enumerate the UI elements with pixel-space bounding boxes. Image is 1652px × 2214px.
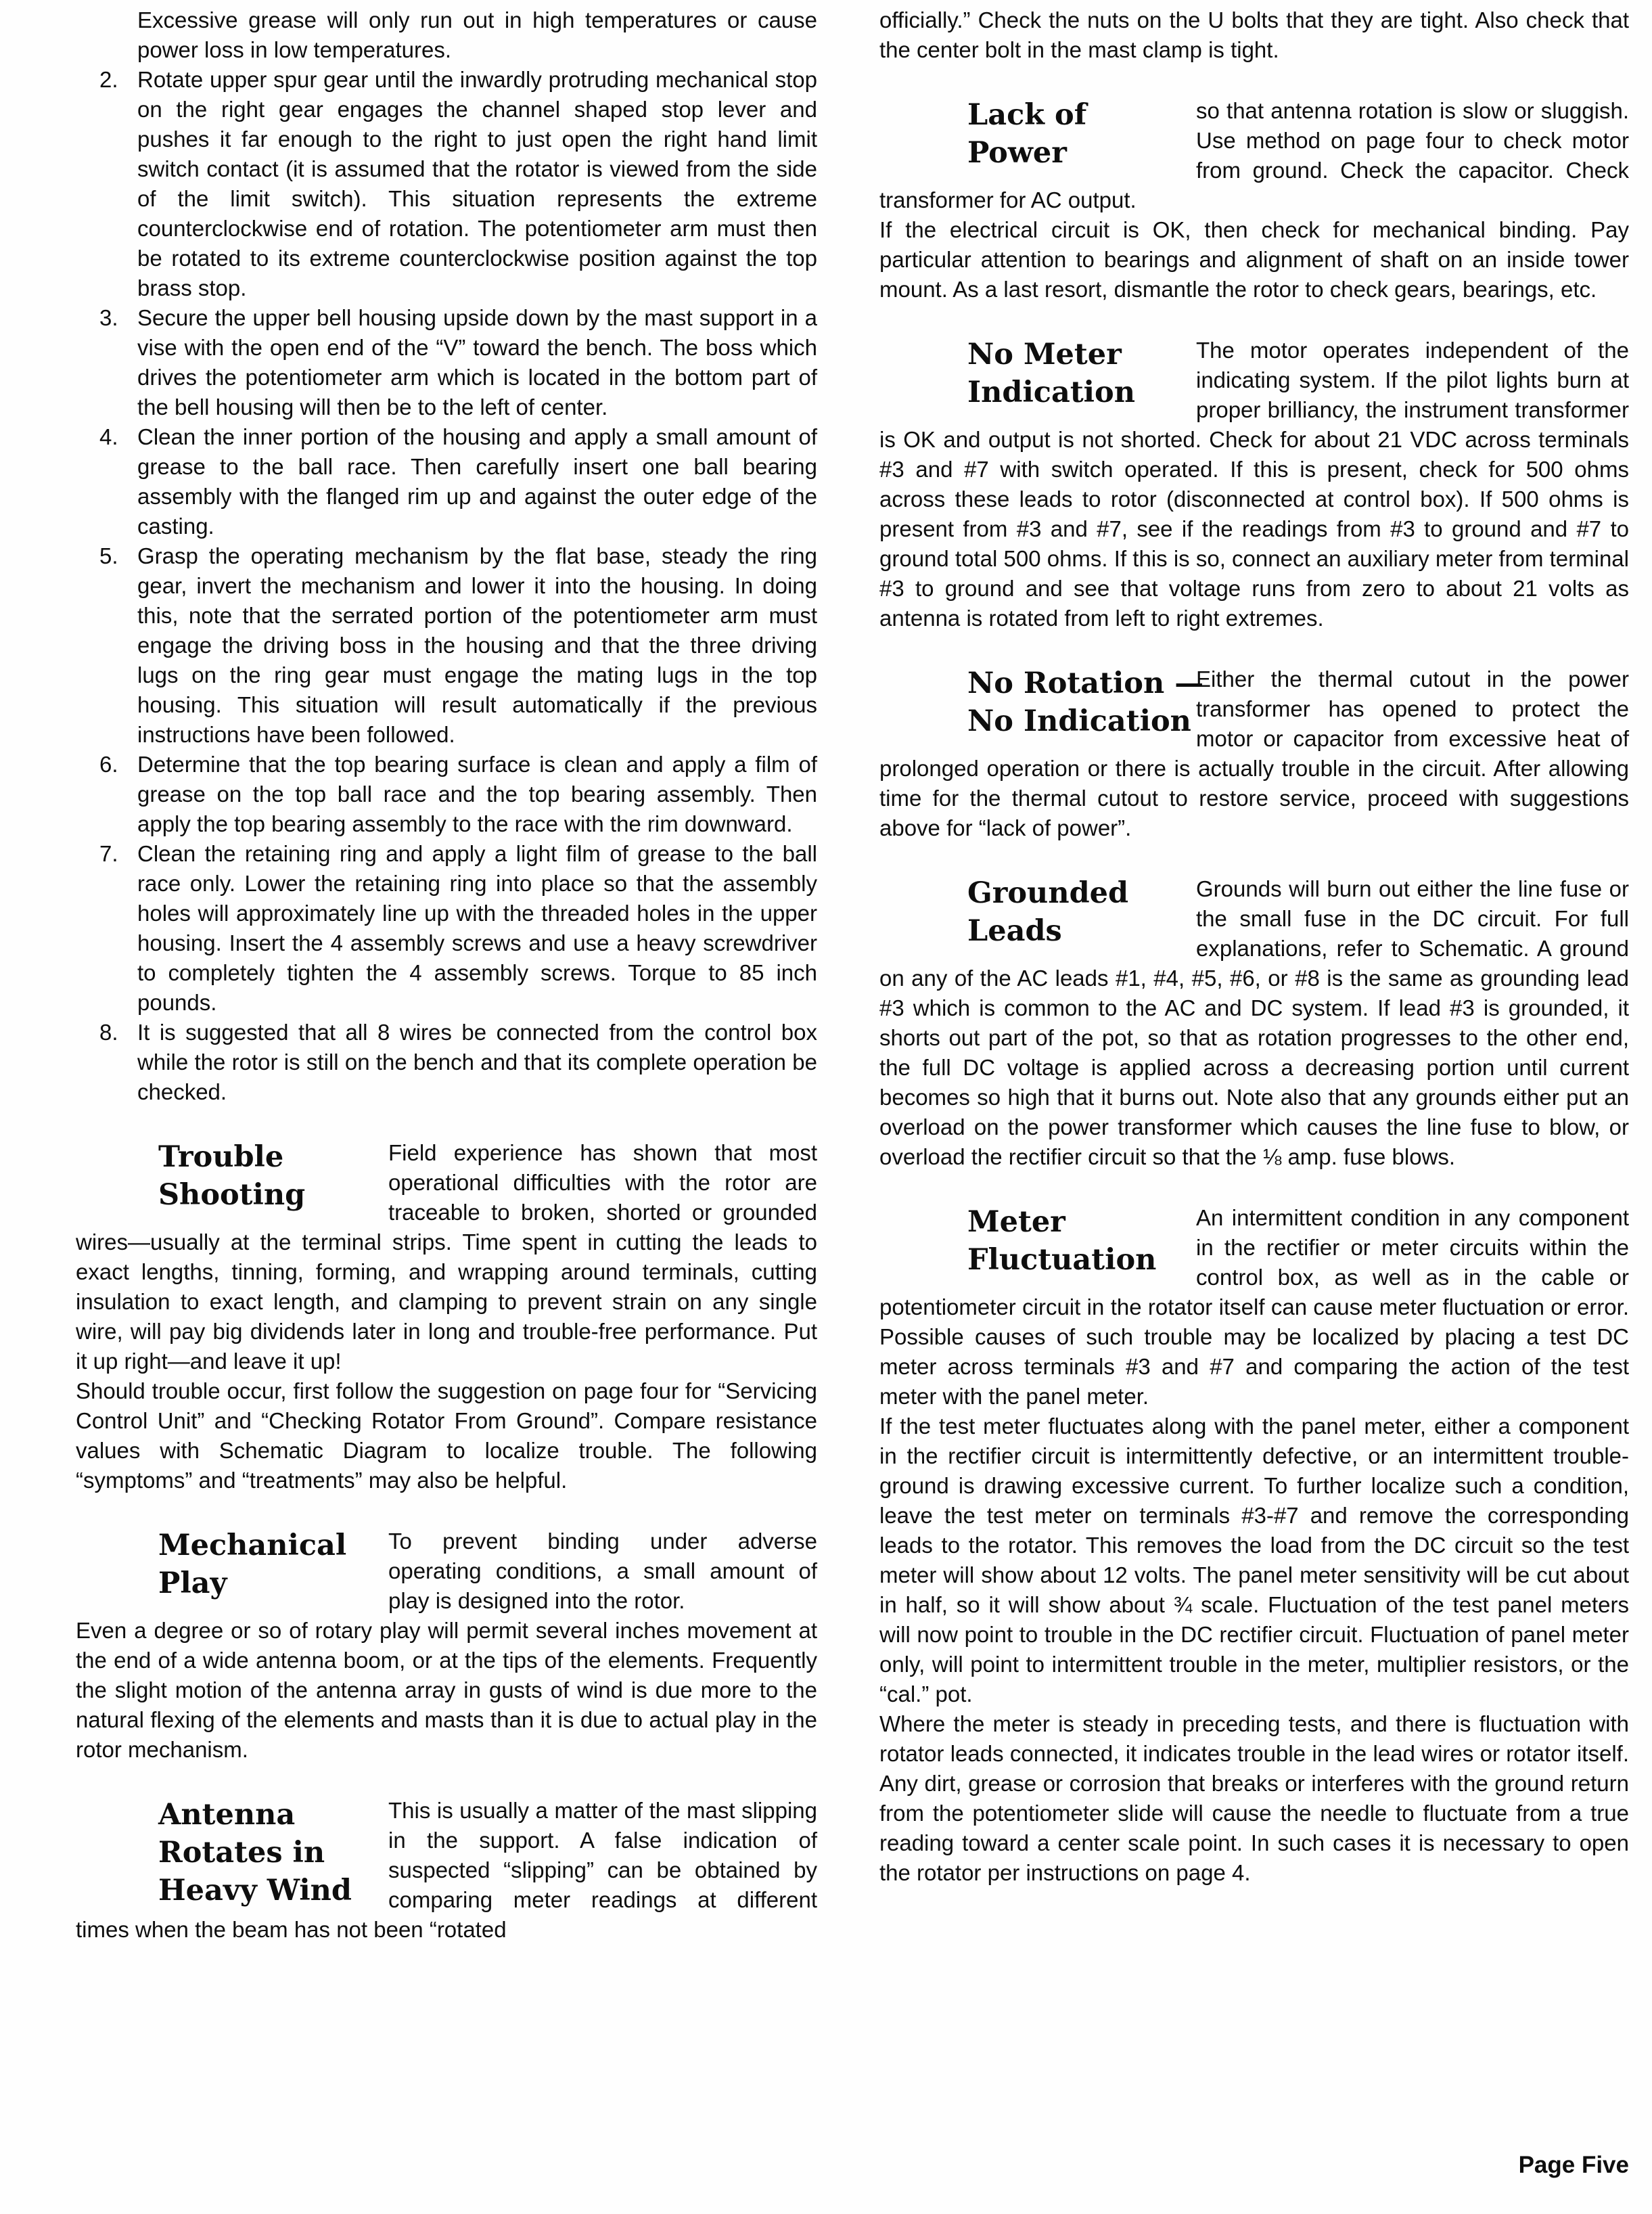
list-number: 5. bbox=[99, 541, 137, 750]
list-number: 4. bbox=[99, 422, 137, 541]
section-heading-trouble-shooting: Trouble Shooting bbox=[76, 1138, 388, 1219]
list-item-text: Rotate upper spur gear until the inwardl… bbox=[137, 65, 817, 303]
list-number: 7. bbox=[99, 839, 137, 1018]
heading-line: Indication bbox=[967, 374, 1196, 411]
section-lack-of-power: Lack of Power so that antenna rotation i… bbox=[879, 96, 1629, 304]
heading-line: Meter bbox=[967, 1203, 1196, 1241]
heading-line: Power bbox=[967, 134, 1196, 172]
list-item-text: It is suggested that all 8 wires be conn… bbox=[137, 1018, 817, 1107]
section-mechanical-play: Mechanical Play To prevent binding under… bbox=[76, 1527, 817, 1765]
heading-line: Antenna bbox=[158, 1796, 388, 1834]
heading-line: Fluctuation bbox=[967, 1241, 1196, 1279]
section-trouble-shooting: Trouble Shooting Field experience has sh… bbox=[76, 1138, 817, 1495]
section-heading-no-meter-indication: No Meter Indication bbox=[879, 336, 1196, 417]
list-number: 6. bbox=[99, 750, 137, 839]
paragraph-continuation: officially.” Check the nuts on the U bol… bbox=[879, 5, 1629, 65]
list-item-5: 5. Grasp the operating mechanism by the … bbox=[76, 541, 817, 750]
list-item-7: 7. Clean the retaining ring and apply a … bbox=[76, 839, 817, 1018]
section-heading-lack-of-power: Lack of Power bbox=[879, 96, 1196, 177]
heading-line: Lack of bbox=[967, 96, 1196, 134]
list-item-8: 8. It is suggested that all 8 wires be c… bbox=[76, 1018, 817, 1107]
list-item-6: 6. Determine that the top bearing surfac… bbox=[76, 750, 817, 839]
paragraph: Should trouble occur, first follow the s… bbox=[76, 1376, 817, 1495]
list-item-text: Clean the inner portion of the housing a… bbox=[137, 422, 817, 541]
document-page: Excessive grease will only run out in hi… bbox=[0, 0, 1652, 2214]
heading-line: No Rotation — bbox=[967, 664, 1196, 702]
heading-line: Mechanical bbox=[158, 1527, 388, 1564]
section-no-rotation-no-indication: No Rotation — No Indication Either the t… bbox=[879, 664, 1629, 843]
section-meter-fluctuation: Meter Fluctuation An intermittent condit… bbox=[879, 1203, 1629, 1888]
heading-line: Grounded bbox=[967, 874, 1196, 912]
section-no-meter-indication: No Meter Indication The motor operates i… bbox=[879, 336, 1629, 633]
list-item-text: Secure the upper bell housing upside dow… bbox=[137, 303, 817, 422]
section-grounded-leads: Grounded Leads Grounds will burn out eit… bbox=[879, 874, 1629, 1172]
right-column: officially.” Check the nuts on the U bol… bbox=[879, 5, 1629, 1888]
list-item-3: 3. Secure the upper bell housing upside … bbox=[76, 303, 817, 422]
heading-line: Shooting bbox=[158, 1176, 388, 1214]
paragraph: Where the meter is steady in preceding t… bbox=[879, 1709, 1629, 1888]
section-antenna-rotates-in-heavy-wind: Antenna Rotates in Heavy Wind This is us… bbox=[76, 1796, 817, 1945]
paragraph: If the test meter fluctuates along with … bbox=[879, 1411, 1629, 1709]
heading-line: Trouble bbox=[158, 1138, 388, 1176]
section-heading-meter-fluctuation: Meter Fluctuation bbox=[879, 1203, 1196, 1284]
list-item-text: Grasp the operating mechanism by the fla… bbox=[137, 541, 817, 750]
left-column: Excessive grease will only run out in hi… bbox=[76, 5, 817, 1945]
heading-line: No Meter bbox=[967, 336, 1196, 374]
paragraph: Even a degree or so of rotary play will … bbox=[76, 1616, 817, 1765]
heading-line: Play bbox=[158, 1564, 388, 1602]
page-number: Page Five bbox=[1519, 2152, 1629, 2179]
list-number: 2. bbox=[99, 65, 137, 303]
list-number: 3. bbox=[99, 303, 137, 422]
paragraph-continuation: Excessive grease will only run out in hi… bbox=[137, 5, 817, 65]
paragraph: If the electrical circuit is OK, then ch… bbox=[879, 215, 1629, 304]
section-heading-antenna-rotates: Antenna Rotates in Heavy Wind bbox=[76, 1796, 388, 1911]
list-item-text: Clean the retaining ring and apply a lig… bbox=[137, 839, 817, 1018]
heading-line: Rotates in bbox=[158, 1834, 388, 1872]
section-heading-no-rotation-no-indication: No Rotation — No Indication bbox=[879, 664, 1196, 746]
heading-line: No Indication bbox=[967, 702, 1196, 740]
list-number: 8. bbox=[99, 1018, 137, 1107]
section-heading-grounded-leads: Grounded Leads bbox=[879, 874, 1196, 955]
list-item-text: Determine that the top bearing surface i… bbox=[137, 750, 817, 839]
list-item-2: 2. Rotate upper spur gear until the inwa… bbox=[76, 65, 817, 303]
heading-line: Heavy Wind bbox=[158, 1872, 388, 1910]
heading-line: Leads bbox=[967, 912, 1196, 950]
list-item-4: 4. Clean the inner portion of the housin… bbox=[76, 422, 817, 541]
section-heading-mechanical-play: Mechanical Play bbox=[76, 1527, 388, 1608]
